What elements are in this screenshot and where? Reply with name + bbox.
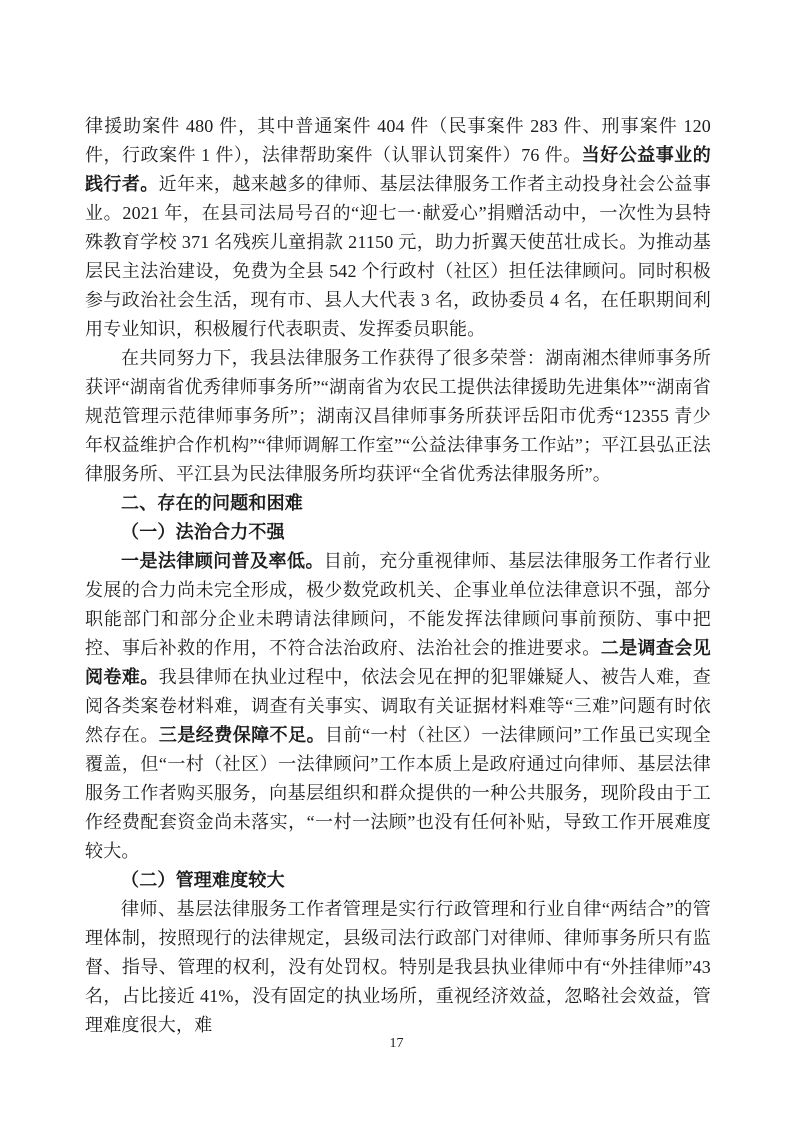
document-page: 律援助案件 480 件，其中普通案件 404 件（民事案件 283 件、刑事案件…	[0, 0, 793, 1122]
text-run: 律师、基层法律服务工作者管理是实行行政管理和行业自律“两结合”的管理体制，按照现…	[85, 899, 711, 1035]
text-run: 目前“一村（社区）一法律顾问”工作虽已实现全覆盖，但“一村（社区）一法律顾问”工…	[85, 725, 711, 861]
bold-text-run: 一是法律顾问普及率低。	[121, 551, 324, 571]
section-heading: （一）法治合力不强	[85, 518, 711, 547]
page-footer: 17	[0, 1036, 793, 1052]
text-run: 近年来，越来越多的律师、基层法律服务工作者主动投身社会公益事业。2021 年，在…	[85, 174, 711, 339]
page-number: 17	[390, 1036, 404, 1051]
document-body: 律援助案件 480 件，其中普通案件 404 件（民事案件 283 件、刑事案件…	[85, 112, 711, 1040]
section-heading: （二）管理难度较大	[85, 866, 711, 895]
bold-text-run: 二、存在的问题和困难	[121, 493, 303, 513]
text-run: 在共同努力下，我县法律服务工作获得了很多荣誉：湖南湘杰律师事务所获评“湖南省优秀…	[85, 348, 711, 484]
bold-text-run: （二）管理难度较大	[121, 870, 285, 890]
section-heading: 二、存在的问题和困难	[85, 489, 711, 518]
bold-text-run: （一）法治合力不强	[121, 522, 285, 542]
paragraph: 一是法律顾问普及率低。目前，充分重视律师、基层法律服务工作者行业发展的合力尚未完…	[85, 547, 711, 866]
paragraph: 律师、基层法律服务工作者管理是实行行政管理和行业自律“两结合”的管理体制，按照现…	[85, 895, 711, 1040]
paragraph: 在共同努力下，我县法律服务工作获得了很多荣誉：湖南湘杰律师事务所获评“湖南省优秀…	[85, 344, 711, 489]
paragraph: 律援助案件 480 件，其中普通案件 404 件（民事案件 283 件、刑事案件…	[85, 112, 711, 344]
bold-text-run: 三是经费保障不足。	[159, 725, 325, 745]
